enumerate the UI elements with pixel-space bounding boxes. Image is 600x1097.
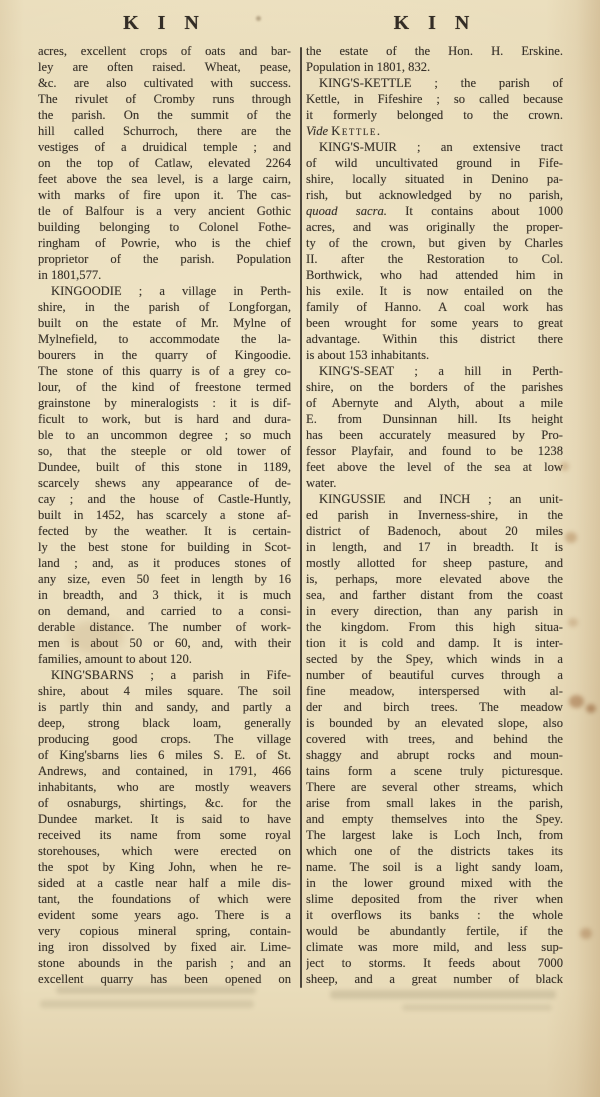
show-through-ghost-text: [40, 1000, 254, 1008]
right-text-column: the estate of the Hon. H. Erskine.Popula…: [306, 43, 563, 987]
text-line: built in 1452, has scarcely a stone af-: [38, 507, 291, 523]
text-line: II. after the Restoration to Col.: [306, 251, 563, 267]
text-line: deep, strong black loam, generally: [38, 715, 291, 731]
text-line: is partly thin and sandy, and partly a: [38, 699, 291, 715]
text-line: KING'S-KETTLE ; the parish of: [306, 75, 563, 91]
text-line: quoad sacra. It contains about 1000: [306, 203, 563, 219]
text-line: shire, in the parish of Longforgan,: [38, 299, 291, 315]
text-line: any size, even 50 feet in length by 16: [38, 571, 291, 587]
text-line: climate was more mild, and less sup-: [306, 939, 563, 955]
text-segment: quoad sacra.: [306, 204, 387, 218]
text-segment: It contains about 1000: [387, 204, 563, 218]
text-line: his exile. It is now entailed on the: [306, 283, 563, 299]
text-line: the spot by King John, when he re-: [38, 859, 291, 875]
text-line: feet above the level of the sea at low: [306, 459, 563, 475]
text-line: water.: [306, 475, 563, 491]
text-segment: Vide: [306, 124, 331, 138]
text-line: is about 153 inhabitants.: [306, 347, 563, 363]
text-line: would be abundantly fertile, if the: [306, 923, 563, 939]
text-line: in 1801,577.: [38, 267, 291, 283]
text-line: shire, about 4 miles square. The soil: [38, 683, 291, 699]
text-line: ject to storms. It feeds about 7000: [306, 955, 563, 971]
text-line: Andrews, and contained, in 1791, 466: [38, 763, 291, 779]
text-line: district of Badenoch, about 20 miles: [306, 523, 563, 539]
ink-speck: [256, 16, 261, 21]
text-line: name. The soil is a light sandy loam,: [306, 859, 563, 875]
paragraph: KING'SBARNS ; a parish in Fife-shire, ab…: [38, 667, 291, 987]
left-text-column: acres, excellent crops of oats and bar-l…: [38, 43, 291, 987]
text-line: Borthwick, who had attended him in: [306, 267, 563, 283]
text-line: scarcely shews any appearance of de-: [38, 475, 291, 491]
foxing-spot: [568, 618, 578, 627]
text-line: E. from Dunsinnan hill. Its height: [306, 411, 563, 427]
text-line: proprietor of the parish. Population: [38, 251, 291, 267]
text-line: sided at a castle near half a mile dis-: [38, 875, 291, 891]
text-line: so, that the steeple or old tower of: [38, 443, 291, 459]
text-line: acres, and was originally the proper-: [306, 219, 563, 235]
text-line: The stone of this quarry is of a grey co…: [38, 363, 291, 379]
text-line: in every direction, than any parish in: [306, 603, 563, 619]
text-line: der and birch trees. The meadow: [306, 699, 563, 715]
text-line: KING'SBARNS ; a parish in Fife-: [38, 667, 291, 683]
text-line: in the lower ground mixed with the: [306, 875, 563, 891]
foxing-spot: [586, 704, 596, 713]
text-line: feet above the sea level, is a large cai…: [38, 171, 291, 187]
paragraph: KING'S-MUIR ; an extensive tractof wild …: [306, 139, 563, 363]
text-line: shaggy and abrupt rocks and moun-: [306, 747, 563, 763]
running-head-left: K I N: [38, 12, 291, 35]
text-line: number of beautiful curves through a: [306, 667, 563, 683]
column-divider-rule: [300, 47, 302, 988]
foxing-spot: [560, 462, 569, 471]
text-line: ty of the crown, but given by Charles: [306, 235, 563, 251]
text-line: very copious mineral spring, contain-: [38, 923, 291, 939]
text-line: sea, and farther distant from the coast: [306, 587, 563, 603]
text-line: tant, the foundations of which were: [38, 891, 291, 907]
text-line: Population in 1801, 832.: [306, 59, 563, 75]
running-head-right: K I N: [307, 12, 563, 35]
text-line: fessor Playfair, and found to be 1238: [306, 443, 563, 459]
text-line: KING'S-MUIR ; an extensive tract: [306, 139, 563, 155]
text-line: producing good crops. The village: [38, 731, 291, 747]
text-line: in length, and 17 in breadth. It is: [306, 539, 563, 555]
text-line: sheep, and a great number of black: [306, 971, 563, 987]
text-line: tion it is cold and damp. It is inter-: [306, 635, 563, 651]
text-line: rish, but acknowledged by no parish,: [306, 187, 563, 203]
text-line: mostly allotted for sheep pasture, and: [306, 555, 563, 571]
text-line: is bounded by an elevated slope, also: [306, 715, 563, 731]
text-line: ringham of Powrie, who is the chief: [38, 235, 291, 251]
text-line: stone abounds in the parish ; and an: [38, 955, 291, 971]
paragraph: KINGUSSIE and INCH ; an unit-ed parish i…: [306, 491, 563, 987]
text-line: advantage. Within this district there: [306, 331, 563, 347]
show-through-ghost-text: [330, 990, 556, 999]
text-line: There are several other streams, which: [306, 779, 563, 795]
text-line: of osnaburgs, shirtings, &c. for the: [38, 795, 291, 811]
text-line: shire, locally situated in Denino pa-: [306, 171, 563, 187]
paper-stain: [68, 620, 124, 654]
text-line: on demand, and carried to a consi-: [38, 603, 291, 619]
text-line: has been accurately measured by Pro-: [306, 427, 563, 443]
text-line: KINGOODIE ; a village in Perth-: [38, 283, 291, 299]
text-line: acres, excellent crops of oats and bar-: [38, 43, 291, 59]
text-line: &c. are also cultivated with success.: [38, 75, 291, 91]
text-line: tains form a scene truly picturesque.: [306, 763, 563, 779]
text-line: inhabitants, who are mostly weavers: [38, 779, 291, 795]
text-line: slime deposited from the river when: [306, 891, 563, 907]
text-line: Vide Kettle.: [306, 123, 563, 139]
text-line: evident some years ago. There is a: [38, 907, 291, 923]
foxing-spot: [569, 695, 584, 708]
text-line: with marks of fire upon it. The cas-: [38, 187, 291, 203]
text-line: ficult to work, but is hard and dura-: [38, 411, 291, 427]
text-line: the kingdom. From this high situa-: [306, 619, 563, 635]
text-line: The rivulet of Cromby runs through: [38, 91, 291, 107]
text-line: of King'sbarns lies 6 miles S. E. of St.: [38, 747, 291, 763]
text-line: built on the estate of Mr. Mylne of: [38, 315, 291, 331]
text-line: on the top of Catlaw, elevated 2264: [38, 155, 291, 171]
text-line: storehouses, which were erected on: [38, 843, 291, 859]
text-line: Dundee, built of this stone in 1189,: [38, 459, 291, 475]
text-line: the estate of the Hon. H. Erskine.: [306, 43, 563, 59]
text-line: grainstone by mineralogists : it is dif-: [38, 395, 291, 411]
text-line: ing iron dissolved by fixed air. Lime-: [38, 939, 291, 955]
text-segment: Kettle.: [331, 124, 381, 138]
text-line: building belonging to Colonel Fothe-: [38, 219, 291, 235]
text-line: hill called Schurroch, there are the: [38, 123, 291, 139]
foxing-spot: [565, 532, 577, 543]
paragraph: KING'S-KETTLE ; the parish ofKettle, in …: [306, 75, 563, 139]
text-line: received its name from some royal: [38, 827, 291, 843]
text-line: arise from small lakes in the parish,: [306, 795, 563, 811]
text-line: and empty themselves into the Spey.: [306, 811, 563, 827]
text-line: KINGUSSIE and INCH ; an unit-: [306, 491, 563, 507]
scanned-page: { "theme": { "paper_color": "#e9dcba", "…: [0, 0, 600, 1097]
text-line: fine meadow, interspersed with al-: [306, 683, 563, 699]
text-line: in breadth, and 3 thick, it is much: [38, 587, 291, 603]
text-line: it formerly belonged to the crown.: [306, 107, 563, 123]
text-line: Dundee market. It is said to have: [38, 811, 291, 827]
show-through-ghost-text: [402, 1004, 552, 1011]
paragraph: the estate of the Hon. H. Erskine.Popula…: [306, 43, 563, 75]
text-line: it overflows its banks : the whole: [306, 907, 563, 923]
text-line: fected by the weather. It is certain-: [38, 523, 291, 539]
paragraph: acres, excellent crops of oats and bar-l…: [38, 43, 291, 283]
text-line: Mylnefield, to accommodate the la-: [38, 331, 291, 347]
text-line: ble to an uncommon degree ; so much: [38, 427, 291, 443]
text-line: bourers in the quarry of Kingoodie.: [38, 347, 291, 363]
text-line: family of Hanno. A coal work has: [306, 299, 563, 315]
text-line: covered with trees, and behind the: [306, 731, 563, 747]
show-through-ghost-text: [56, 986, 256, 994]
text-line: ed parish in Inverness-shire, in the: [306, 507, 563, 523]
text-line: tle of Balfour is a very ancient Gothic: [38, 203, 291, 219]
paragraph: KINGOODIE ; a village in Perth-shire, in…: [38, 283, 291, 667]
text-line: land ; and, as it produces stones of: [38, 555, 291, 571]
paragraph: KING'S-SEAT ; a hill in Perth-shire, on …: [306, 363, 563, 491]
text-line: of wild uncultivated ground in Fife-: [306, 155, 563, 171]
text-line: the parish. On the summit of the: [38, 107, 291, 123]
text-line: ley are often raised. Wheat, pease,: [38, 59, 291, 75]
text-line: The largest lake is Loch Inch, from: [306, 827, 563, 843]
text-line: cay ; and the house of Castle-Huntly,: [38, 491, 291, 507]
text-line: been wrought for some years to great: [306, 315, 563, 331]
text-line: of Abernyte and Alyth, about a mile: [306, 395, 563, 411]
text-line: families, amount to about 120.: [38, 651, 291, 667]
text-line: KING'S-SEAT ; a hill in Perth-: [306, 363, 563, 379]
text-line: which one of the districts takes its: [306, 843, 563, 859]
text-line: vestiges of a druidical temple ; and: [38, 139, 291, 155]
text-line: sected by the Spey, which winds in a: [306, 651, 563, 667]
text-line: ly the best stone for building in Scot-: [38, 539, 291, 555]
text-line: shire, on the borders of the parishes: [306, 379, 563, 395]
text-line: Kettle, in Fifeshire ; so called because: [306, 91, 563, 107]
foxing-spot: [580, 928, 592, 939]
text-line: is, perhaps, more elevated above the: [306, 571, 563, 587]
text-line: excellent quarry has been opened on: [38, 971, 291, 987]
text-line: lour, of the kind of freestone termed: [38, 379, 291, 395]
